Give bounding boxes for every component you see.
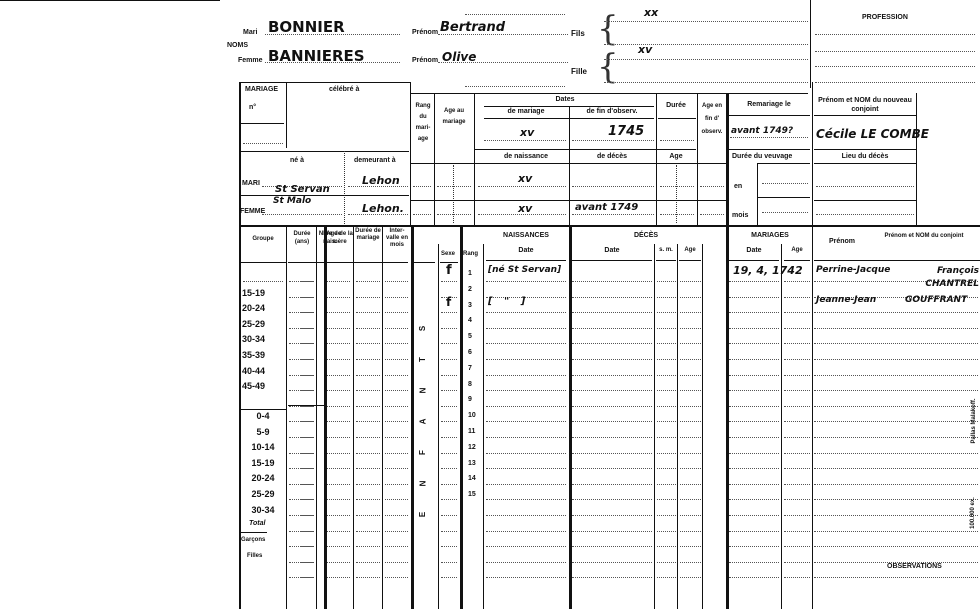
observations-label: OBSERVATIONS bbox=[887, 563, 942, 570]
grid-dotted-line bbox=[729, 343, 779, 344]
grid-dotted-line bbox=[572, 297, 652, 298]
femme-label: Femme bbox=[238, 57, 263, 64]
grid-dotted-line bbox=[729, 437, 779, 438]
grid-dotted-line bbox=[572, 328, 652, 329]
grid-dotted-line bbox=[486, 562, 566, 563]
grid-dotted-line bbox=[300, 546, 314, 547]
grid-dotted-line bbox=[814, 359, 978, 360]
rang-number: 10 bbox=[468, 412, 476, 419]
grid-dotted-line bbox=[327, 281, 350, 282]
grid-dotted-line bbox=[729, 312, 779, 313]
grid-dotted-line bbox=[814, 468, 978, 469]
grid-dotted-line bbox=[356, 515, 380, 516]
groupe-header: Groupe bbox=[240, 236, 286, 242]
grid-dotted-line bbox=[327, 406, 350, 407]
grid-dotted-line bbox=[784, 531, 810, 532]
rang-number: 2 bbox=[468, 286, 472, 293]
grid-dotted-line bbox=[300, 515, 314, 516]
grid-dotted-line bbox=[385, 531, 408, 532]
grid-dotted-line bbox=[814, 484, 978, 485]
prenom-header: Prénom bbox=[814, 238, 870, 245]
profession-label: PROFESSION bbox=[862, 14, 908, 21]
grid-dotted-line bbox=[300, 297, 314, 298]
grid-dotted-line bbox=[657, 406, 676, 407]
grid-dotted-line bbox=[814, 546, 978, 547]
grid-dotted-line bbox=[814, 406, 978, 407]
femme-ne-a[interactable]: St Malo bbox=[273, 196, 311, 206]
lieu-deces-label: Lieu du décès bbox=[814, 153, 916, 160]
grid-dotted-line bbox=[657, 484, 676, 485]
grid-dotted-line bbox=[327, 468, 350, 469]
deces-date-header: Date bbox=[571, 247, 653, 254]
grid-dotted-line bbox=[486, 406, 566, 407]
fille-mark[interactable]: xv bbox=[638, 43, 652, 56]
grid-dotted-line bbox=[729, 390, 779, 391]
grid-dotted-line bbox=[729, 375, 779, 376]
grid-dotted-line bbox=[356, 359, 380, 360]
mari-prenom-label: Prénom bbox=[412, 29, 438, 36]
grid-dotted-line bbox=[657, 328, 676, 329]
intervalle-header: Inter-valle en mois bbox=[383, 228, 411, 249]
grid-dotted-line bbox=[729, 421, 779, 422]
grid-dotted-line bbox=[300, 421, 314, 422]
femme-nom[interactable]: BANNIERES bbox=[268, 47, 365, 65]
grid-dotted-line bbox=[300, 562, 314, 563]
grid-dotted-line bbox=[814, 343, 978, 344]
grid-dotted-line bbox=[814, 499, 978, 500]
grid-dotted-line bbox=[300, 406, 314, 407]
grid-dotted-line bbox=[486, 421, 566, 422]
grid-dotted-line bbox=[680, 437, 701, 438]
rang-number: 9 bbox=[468, 396, 472, 403]
remariage-date[interactable]: avant 1749? bbox=[731, 126, 793, 136]
enfant-1-sexe[interactable]: f bbox=[446, 263, 452, 278]
grid-dotted-line bbox=[327, 562, 350, 563]
grid-dotted-line bbox=[784, 515, 810, 516]
grid-dotted-line bbox=[784, 484, 810, 485]
grid-dotted-line bbox=[572, 515, 652, 516]
grid-dotted-line bbox=[572, 375, 652, 376]
mari-naissance[interactable]: xv bbox=[518, 172, 532, 185]
section-divider bbox=[239, 225, 980, 227]
grid-dotted-line bbox=[657, 531, 676, 532]
mari-ne-a[interactable]: St Servan bbox=[275, 184, 330, 195]
grid-dotted-line bbox=[572, 437, 652, 438]
grid-dotted-line bbox=[572, 406, 652, 407]
grid-dotted-line bbox=[356, 281, 380, 282]
grid-dotted-line bbox=[327, 577, 350, 578]
grid-dotted-line bbox=[572, 390, 652, 391]
group-label: 20-24 bbox=[242, 473, 284, 483]
deces-header: DÉCÈS bbox=[571, 232, 721, 239]
grid-dotted-line bbox=[356, 531, 380, 532]
grid-dotted-line bbox=[572, 562, 652, 563]
grid-dotted-line bbox=[814, 421, 978, 422]
grid-dotted-line bbox=[385, 359, 408, 360]
grid-dotted-line bbox=[784, 328, 810, 329]
grid-dotted-line bbox=[814, 577, 978, 578]
grid-dotted-line bbox=[784, 390, 810, 391]
grid-dotted-line bbox=[657, 499, 676, 500]
grid-dotted-line bbox=[385, 281, 408, 282]
grid-dotted-line bbox=[327, 312, 350, 313]
grid-dotted-line bbox=[327, 546, 350, 547]
grid-dotted-line bbox=[814, 390, 978, 391]
grid-dotted-line bbox=[441, 515, 457, 516]
grid-dotted-line bbox=[441, 531, 457, 532]
mari-nom[interactable]: BONNIER bbox=[268, 18, 345, 36]
grid-dotted-line bbox=[327, 343, 350, 344]
grid-dotted-line bbox=[729, 281, 779, 282]
grid-dotted-line bbox=[327, 437, 350, 438]
rang-number: 5 bbox=[468, 333, 472, 340]
grid-dotted-line bbox=[572, 484, 652, 485]
mari-demeurant[interactable]: Lehon bbox=[362, 174, 400, 187]
enfants-letter: E bbox=[418, 512, 427, 517]
grid-dotted-line bbox=[385, 406, 408, 407]
grid-dotted-line bbox=[385, 453, 408, 454]
grid-dotted-line bbox=[680, 328, 701, 329]
mariage-age-header: Age bbox=[782, 247, 812, 253]
grid-dotted-line bbox=[486, 484, 566, 485]
date-fin-observ[interactable]: 1745 bbox=[608, 124, 644, 139]
femme-naissance[interactable]: xv bbox=[518, 202, 532, 215]
grid-dotted-line bbox=[486, 343, 566, 344]
grid-dotted-line bbox=[784, 499, 810, 500]
grid-dotted-line bbox=[486, 453, 566, 454]
printer-label: Pallas Malakoff. bbox=[971, 391, 977, 451]
grid-dotted-line bbox=[385, 468, 408, 469]
grid-dotted-line bbox=[356, 375, 380, 376]
noms-label: NOMS bbox=[227, 42, 248, 49]
rang-number: 6 bbox=[468, 349, 472, 356]
grid-dotted-line bbox=[680, 484, 701, 485]
grid-dotted-line bbox=[300, 499, 314, 500]
grid-dotted-line bbox=[356, 577, 380, 578]
grid-dotted-line bbox=[572, 531, 652, 532]
en-label: en bbox=[734, 183, 742, 190]
enfants-letter: S bbox=[418, 326, 427, 331]
grid-dotted-line bbox=[385, 546, 408, 547]
grid-dotted-line bbox=[784, 453, 810, 454]
enfant-3-prenom[interactable]: Jeanne-Jean bbox=[816, 295, 876, 305]
enfant-1-naissance[interactable]: [né St Servan] bbox=[488, 265, 561, 275]
grid-dotted-line bbox=[680, 297, 701, 298]
grid-dotted-line bbox=[784, 281, 810, 282]
conjoint-label: Prénom et NOM du nouveau conjoint bbox=[814, 96, 916, 114]
rang-mariage-label: Rang du mari-age bbox=[413, 101, 433, 145]
grid-dotted-line bbox=[657, 297, 676, 298]
grid-dotted-line bbox=[729, 499, 779, 500]
grid-dotted-line bbox=[657, 468, 676, 469]
grid-dotted-line bbox=[486, 375, 566, 376]
date-mariage[interactable]: xv bbox=[520, 126, 534, 139]
grid-dotted-line bbox=[784, 375, 810, 376]
grid-dotted-line bbox=[486, 515, 566, 516]
grid-dotted-line bbox=[441, 577, 457, 578]
enfants-letter: F bbox=[418, 450, 427, 455]
grid-dotted-line bbox=[300, 281, 314, 282]
group-label: 45-49 bbox=[242, 381, 265, 391]
rang-number: 13 bbox=[468, 460, 476, 467]
group-label: 15-19 bbox=[242, 458, 284, 468]
duree-label: Durée bbox=[656, 102, 696, 109]
age-fin-observ-label: Age en fin d' observ. bbox=[698, 100, 726, 139]
grid-dotted-line bbox=[385, 328, 408, 329]
filles-label: Filles bbox=[247, 553, 262, 559]
sexe-header: Sexe bbox=[441, 251, 455, 257]
grid-dotted-line bbox=[327, 328, 350, 329]
grid-dotted-line bbox=[327, 484, 350, 485]
grid-dotted-line bbox=[327, 499, 350, 500]
top-rule bbox=[0, 0, 220, 1]
rang-number: 11 bbox=[468, 428, 475, 435]
grid-dotted-line bbox=[680, 359, 701, 360]
grid-dotted-line bbox=[300, 577, 314, 578]
grid-dotted-line bbox=[657, 343, 676, 344]
grid-dotted-line bbox=[385, 390, 408, 391]
grid-dotted-line bbox=[784, 359, 810, 360]
enfant-1-prenom[interactable]: Perrine-Jacque bbox=[816, 265, 890, 275]
grid-dotted-line bbox=[680, 577, 701, 578]
grid-dotted-line bbox=[680, 562, 701, 563]
grid-dotted-line bbox=[784, 437, 810, 438]
grid-dotted-line bbox=[657, 546, 676, 547]
grid-dotted-line bbox=[356, 328, 380, 329]
demeurant-label: demeurant à bbox=[354, 157, 396, 164]
grid-dotted-line bbox=[441, 421, 457, 422]
group-label: 0-4 bbox=[242, 411, 284, 421]
grid-dotted-line bbox=[356, 562, 380, 563]
grid-dotted-line bbox=[680, 421, 701, 422]
mariage-date-header: Date bbox=[728, 247, 780, 254]
grid-dotted-line bbox=[657, 421, 676, 422]
duree-mariage-header: Durée de mariage bbox=[354, 228, 382, 242]
grid-dotted-line bbox=[385, 375, 408, 376]
mois-label: mois bbox=[732, 212, 748, 219]
group-label: 25-29 bbox=[242, 319, 265, 329]
grid-dotted-line bbox=[729, 406, 779, 407]
enfant-3-sexe[interactable]: f bbox=[446, 295, 451, 309]
enfants-letter: N bbox=[418, 481, 427, 487]
grid-dotted-line bbox=[784, 406, 810, 407]
rang-number: 8 bbox=[468, 381, 472, 388]
grid-dotted-line bbox=[300, 468, 314, 469]
grid-dotted-line bbox=[486, 437, 566, 438]
age-mere-header: Age de la mère bbox=[326, 230, 353, 246]
grid-dotted-line bbox=[356, 453, 380, 454]
group-label: 25-29 bbox=[242, 489, 284, 499]
total-label: Total bbox=[249, 520, 265, 527]
grid-dotted-line bbox=[657, 577, 676, 578]
group-label: 5-9 bbox=[242, 427, 284, 437]
grid-dotted-line bbox=[680, 453, 701, 454]
grid-dotted-line bbox=[729, 515, 779, 516]
grid-dotted-line bbox=[327, 390, 350, 391]
grid-dotted-line bbox=[657, 562, 676, 563]
femme-prenom[interactable]: Olive bbox=[442, 50, 476, 64]
grid-dotted-line bbox=[680, 312, 701, 313]
celebre-label: célébré à bbox=[329, 86, 359, 93]
grid-dotted-line bbox=[729, 484, 779, 485]
grid-dotted-line bbox=[441, 499, 457, 500]
group-label: 15-19 bbox=[242, 288, 265, 298]
femme-deces[interactable]: avant 1749 bbox=[575, 202, 638, 213]
grid-dotted-line bbox=[680, 343, 701, 344]
rang-number: 12 bbox=[468, 444, 476, 451]
grid-dotted-line bbox=[657, 312, 676, 313]
grid-dotted-line bbox=[327, 421, 350, 422]
grid-dotted-line bbox=[572, 499, 652, 500]
grid-dotted-line bbox=[356, 312, 380, 313]
grid-dotted-line bbox=[486, 312, 566, 313]
grid-dotted-line bbox=[572, 468, 652, 469]
group-label: 30-34 bbox=[242, 334, 265, 344]
rang-header: Rang bbox=[463, 251, 478, 257]
grid-dotted-line bbox=[680, 499, 701, 500]
rang-number: 3 bbox=[468, 302, 472, 309]
grid-dotted-line bbox=[300, 531, 314, 532]
enfant-1-conjoint[interactable]: François CHANTREL bbox=[883, 265, 979, 291]
rang-number: 14 bbox=[468, 475, 476, 482]
grid-dotted-line bbox=[680, 406, 701, 407]
grid-dotted-line bbox=[327, 453, 350, 454]
rang-number: 1 bbox=[468, 270, 472, 277]
grid-dotted-line bbox=[441, 312, 457, 313]
grid-dotted-line bbox=[300, 390, 314, 391]
grid-dotted-line bbox=[784, 343, 810, 344]
group-label: 20-24 bbox=[242, 303, 265, 313]
grid-dotted-line bbox=[385, 515, 408, 516]
grid-dotted-line bbox=[327, 359, 350, 360]
rang-number: 4 bbox=[468, 317, 472, 324]
grid-dotted-line bbox=[657, 453, 676, 454]
garcons-label: Garçons bbox=[241, 537, 265, 543]
grid-dotted-line bbox=[327, 515, 350, 516]
femme-prenom-label: Prénom bbox=[412, 57, 438, 64]
grid-dotted-line bbox=[356, 390, 380, 391]
grid-dotted-line bbox=[300, 484, 314, 485]
duree-ans-header: Durée (ans) bbox=[288, 230, 316, 246]
grid-dotted-line bbox=[729, 328, 779, 329]
grid-dotted-line bbox=[441, 437, 457, 438]
grid-dotted-line bbox=[486, 577, 566, 578]
grid-dotted-line bbox=[441, 390, 457, 391]
grid-dotted-line bbox=[385, 343, 408, 344]
grid-dotted-line bbox=[657, 375, 676, 376]
nouveau-conjoint[interactable]: Cécile LE COMBE bbox=[816, 127, 929, 141]
grid-dotted-line bbox=[385, 499, 408, 500]
enfant-3-naissance[interactable]: [ " ] bbox=[488, 296, 529, 307]
femme-demeurant[interactable]: Lehon. bbox=[362, 202, 404, 215]
grid-dotted-line bbox=[385, 312, 408, 313]
grid-dotted-line bbox=[657, 437, 676, 438]
mari-prenom[interactable]: Bertrand bbox=[440, 20, 505, 35]
grid-dotted-line bbox=[814, 375, 978, 376]
grid-dotted-line bbox=[814, 328, 978, 329]
grid-dotted-line bbox=[441, 328, 457, 329]
grid-dotted-line bbox=[486, 328, 566, 329]
rang-number: 15 bbox=[468, 491, 476, 498]
grid-dotted-line bbox=[572, 343, 652, 344]
grid-dotted-line bbox=[300, 453, 314, 454]
grid-dotted-line bbox=[572, 421, 652, 422]
grid-dotted-line bbox=[784, 312, 810, 313]
grid-dotted-line bbox=[385, 484, 408, 485]
print-run-label: 100.000 ex. bbox=[970, 488, 976, 538]
grid-dotted-line bbox=[814, 453, 978, 454]
ne-a-label: né à bbox=[290, 157, 304, 164]
grid-dotted-line bbox=[356, 499, 380, 500]
grid-dotted-line bbox=[486, 468, 566, 469]
grid-dotted-line bbox=[385, 577, 408, 578]
grid-dotted-line bbox=[356, 437, 380, 438]
grid-dotted-line bbox=[356, 546, 380, 547]
conjoint-header: Prénom et NOM du conjoint bbox=[870, 232, 978, 241]
grid-dotted-line bbox=[680, 390, 701, 391]
grid-dotted-line bbox=[486, 281, 566, 282]
grid-dotted-line bbox=[356, 484, 380, 485]
grid-dotted-line bbox=[300, 343, 314, 344]
grid-dotted-line bbox=[327, 531, 350, 532]
dates-label: Dates bbox=[474, 96, 656, 103]
fin-observ-label: de fin d'observ. bbox=[570, 108, 654, 115]
fils-label: Fils bbox=[571, 29, 585, 38]
grid-dotted-line bbox=[572, 359, 652, 360]
grid-dotted-line bbox=[441, 562, 457, 563]
grid-dotted-line bbox=[814, 515, 978, 516]
grid-dotted-line bbox=[680, 375, 701, 376]
grid-dotted-line bbox=[572, 577, 652, 578]
grid-dotted-line bbox=[729, 531, 779, 532]
enfants-letter: T bbox=[418, 357, 427, 362]
grid-dotted-line bbox=[572, 546, 652, 547]
grid-dotted-line bbox=[385, 437, 408, 438]
numero-label: n° bbox=[249, 104, 256, 111]
grid-dotted-line bbox=[784, 562, 810, 563]
grid-dotted-line bbox=[729, 546, 779, 547]
remariage-label: Remariage le bbox=[728, 101, 810, 108]
grid-dotted-line bbox=[300, 312, 314, 313]
grid-dotted-line bbox=[243, 281, 283, 282]
rang-number: 7 bbox=[468, 365, 472, 372]
grid-dotted-line bbox=[486, 499, 566, 500]
grid-dotted-line bbox=[572, 453, 652, 454]
grid-dotted-line bbox=[356, 343, 380, 344]
grid-dotted-line bbox=[814, 437, 978, 438]
fils-mark[interactable]: xx bbox=[644, 6, 658, 19]
fille-label: Fille bbox=[571, 67, 587, 76]
age-col-label: Age bbox=[656, 153, 696, 160]
grid-dotted-line bbox=[385, 562, 408, 563]
grid-dotted-line bbox=[814, 531, 978, 532]
naissances-header: NAISSANCES bbox=[484, 232, 568, 239]
mariages-header: MARIAGES bbox=[728, 232, 812, 239]
enfant-3-conjoint[interactable]: GOUFFRANT bbox=[905, 295, 967, 305]
group-label: 40-44 bbox=[242, 366, 265, 376]
grid-dotted-line bbox=[486, 390, 566, 391]
grid-dotted-line bbox=[441, 406, 457, 407]
enfant-1-mariage-date[interactable]: 19, 4, 1742 bbox=[733, 264, 803, 277]
deces-age-header: Age bbox=[678, 247, 702, 253]
mari-row-label: MARI bbox=[242, 180, 260, 187]
grid-dotted-line bbox=[300, 437, 314, 438]
grid-dotted-line bbox=[784, 468, 810, 469]
grid-dotted-line bbox=[385, 421, 408, 422]
grid-dotted-line bbox=[441, 546, 457, 547]
de-mariage-label: de mariage bbox=[484, 108, 568, 115]
grid-dotted-line bbox=[356, 297, 380, 298]
